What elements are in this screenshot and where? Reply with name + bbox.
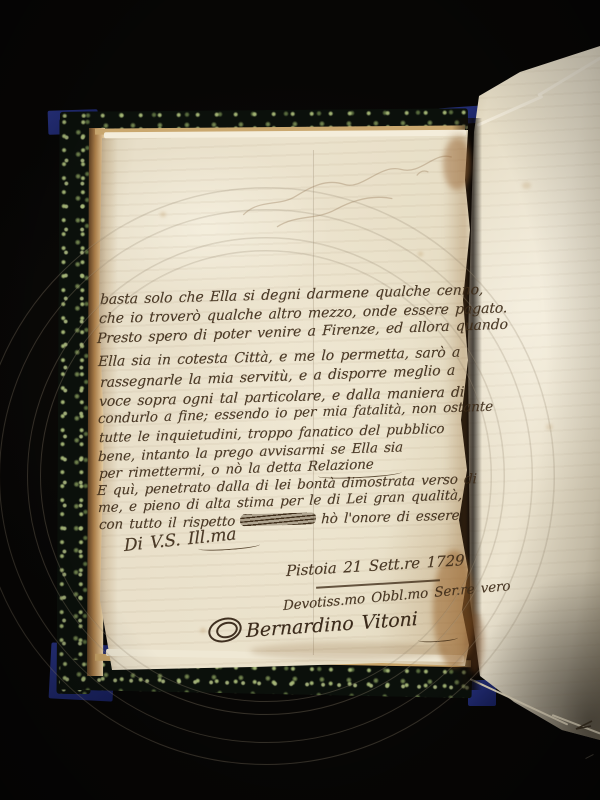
foxing-spot-2 bbox=[418, 252, 423, 256]
foxing-spot-3 bbox=[200, 628, 206, 633]
pen-mark-icon bbox=[572, 719, 594, 733]
foxing-spot-4 bbox=[522, 182, 531, 189]
faint-corner-mark bbox=[585, 754, 593, 759]
stain-top-right bbox=[443, 138, 471, 190]
stain-gutter-bottom bbox=[466, 612, 484, 674]
photograph-of-manuscript: basta solo che Ella si degni darmene qua… bbox=[0, 0, 600, 800]
foxing-spot-5 bbox=[546, 424, 553, 430]
ink-cancellation bbox=[240, 512, 316, 526]
stain-bottom-edge bbox=[250, 642, 450, 660]
foxing-spot-1 bbox=[160, 212, 166, 217]
